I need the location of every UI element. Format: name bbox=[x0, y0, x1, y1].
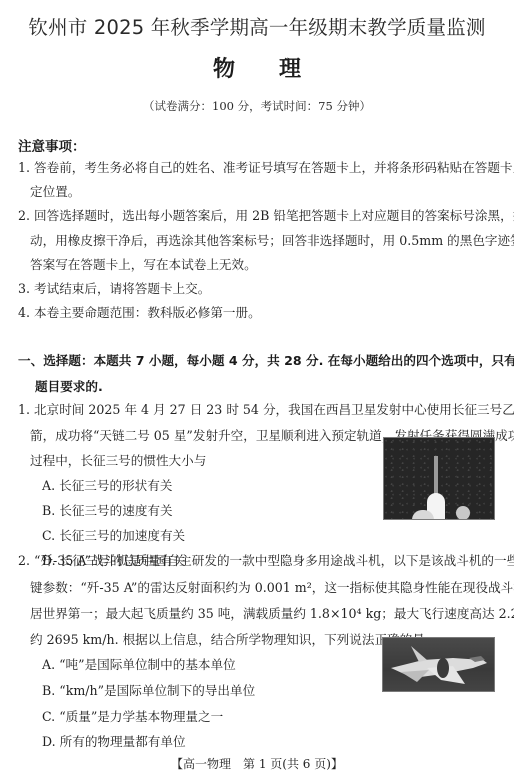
option-b: B. “km/h”是国际单位制下的导出单位 bbox=[42, 683, 255, 699]
notice-line: 4. 本卷主要命题范围：教科版必修第一册。 bbox=[18, 305, 261, 321]
question-stem-line: 1. 北京时间 2025 年 4 月 27 日 23 时 54 分，我国在西昌卫… bbox=[18, 402, 514, 418]
option-c: C. 长征三号的加速度有关 bbox=[42, 528, 185, 544]
question-stem-line: 约 2695 km/h. 根据以上信息，结合所学物理知识，下列说法正确的是 bbox=[30, 632, 425, 648]
question-stem-line: 键参数：“歼-35 A”的雷达反射面积约为 0.001 m²，这一指标使其隐身性… bbox=[30, 580, 514, 596]
smoke-plume bbox=[456, 506, 470, 520]
notice-line: 答案写在答题卡上，写在本试卷上无效。 bbox=[30, 257, 257, 273]
question-stem-line: 过程中，长征三号的惯性大小与 bbox=[30, 453, 206, 469]
fighter-jet-icon bbox=[383, 638, 494, 691]
question-stem-line: 2. “歼-35 A”战斗机是中国自主研发的一款中型隐身多用途战斗机，以下是该战… bbox=[18, 553, 514, 569]
rocket-body bbox=[434, 456, 438, 498]
notice-heading: 注意事项： bbox=[18, 135, 86, 155]
section-heading-cont: 题目要求的. bbox=[35, 376, 103, 395]
subject-title: 物理 bbox=[0, 52, 514, 83]
option-c: C. “质量”是力学基本物理量之一 bbox=[42, 709, 223, 725]
option-a: A. “吨”是国际单位制中的基本单位 bbox=[42, 657, 236, 673]
question-stem-line: 居世界第一；最大起飞质量约 35 吨，满载质量约 1.8×10⁴ kg；最大飞行… bbox=[30, 606, 514, 622]
exam-meta: （试卷满分：100 分，考试时间：75 分钟） bbox=[0, 98, 514, 114]
page-footer: 【高一物理 第 1 页(共 6 页)】 bbox=[0, 755, 514, 772]
option-b: B. 长征三号的速度有关 bbox=[42, 503, 173, 519]
subject-char-2: 理 bbox=[279, 52, 301, 83]
fighter-jet-photo bbox=[382, 637, 495, 692]
rocket-launch-photo bbox=[383, 437, 495, 520]
notice-line: 1. 答卷前，考生务必将自己的姓名、准考证号填写在答题卡上，并将条形码粘贴在答题… bbox=[18, 160, 514, 176]
subject-char-1: 物 bbox=[213, 52, 235, 83]
notice-line: 动，用橡皮擦干净后，再选涂其他答案标号；回答非选择题时，用 0.5mm 的黑色字… bbox=[30, 233, 514, 249]
option-d: D. 所有的物理量都有单位 bbox=[42, 734, 186, 750]
option-a: A. 长征三号的形状有关 bbox=[42, 478, 172, 494]
section-heading: 一、选择题：本题共 7 小题，每小题 4 分，共 28 分. 在每小题给出的四个… bbox=[18, 350, 514, 369]
notice-line: 2. 回答选择题时，选出每小题答案后，用 2B 铅笔把答题卡上对应题目的答案标号… bbox=[18, 208, 514, 224]
notice-line: 3. 考试结束后，请将答题卡上交。 bbox=[18, 281, 210, 297]
exam-title: 钦州市 2025 年秋季学期高一年级期末教学质量监测 bbox=[0, 12, 514, 40]
notice-line: 定位置。 bbox=[30, 184, 80, 200]
